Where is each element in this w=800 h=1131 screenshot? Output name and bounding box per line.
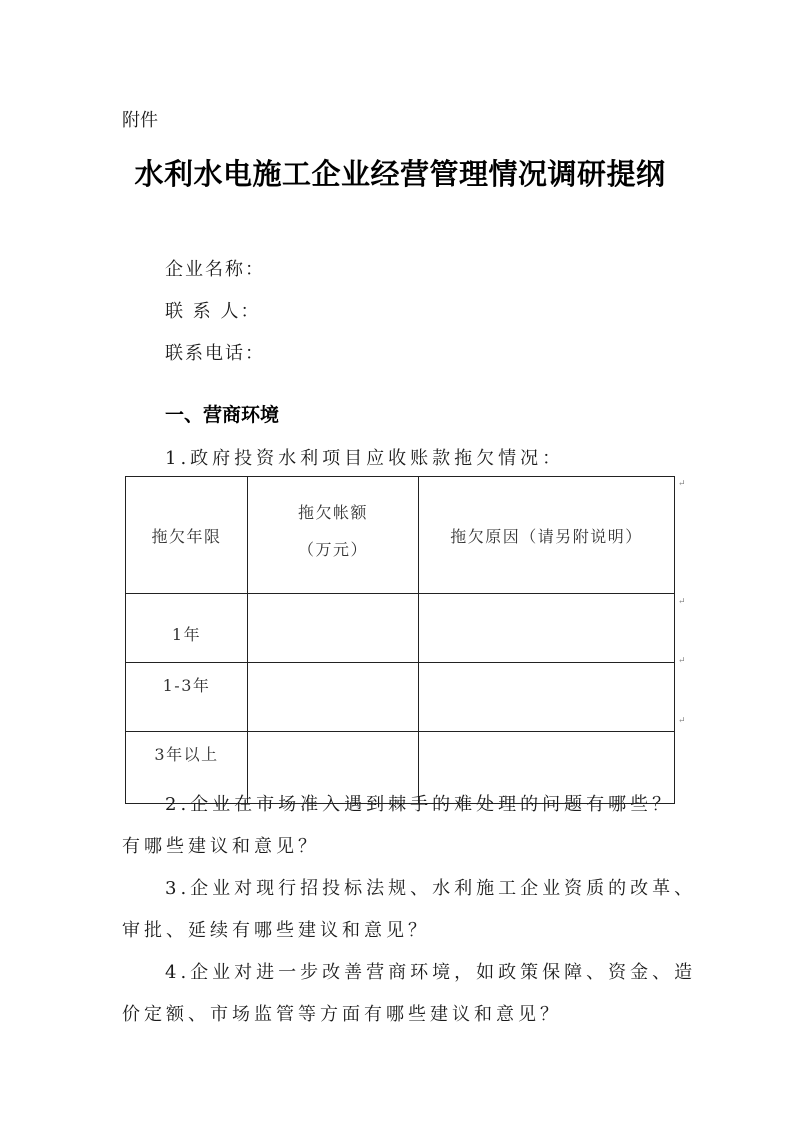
question-3-line1: 3.企业对现行招投标法规、水利施工企业资质的改革、 (165, 874, 696, 900)
header-period: 拖欠年限 (126, 477, 248, 594)
row-end-mark-icon: ↵ (678, 597, 686, 607)
cell-period: 1年 (126, 594, 248, 663)
question-1: 1.政府投资水利项目应收账款拖欠情况： (165, 444, 564, 470)
row-end-mark-icon: ↵ (678, 716, 686, 726)
question-4-line2: 价定额、市场监管等方面有哪些建议和意见？ (122, 1000, 562, 1026)
section-heading-business-environment: 一、营商环境 (165, 400, 279, 427)
header-amount: 拖欠帐额 （万元） (248, 477, 419, 594)
field-company-name: 企业名称： (165, 255, 265, 281)
header-reason: 拖欠原因（请另附说明） (419, 477, 675, 594)
question-2-line1: 2.企业在市场准入遇到棘手的难处理的问题有哪些？ (165, 790, 674, 816)
debt-table: 拖欠年限 拖欠帐额 （万元） 拖欠原因（请另附说明） 1年 1-3年 3年以上 (125, 476, 675, 804)
header-amount-label: 拖欠帐额 (248, 500, 418, 523)
cell-reason[interactable] (419, 663, 675, 732)
table-row: 1-3年 (126, 663, 675, 732)
cell-amount[interactable] (248, 663, 419, 732)
row-end-mark-icon: ↵ (678, 656, 686, 666)
row-end-mark-icon: ↵ (678, 479, 686, 489)
table-row: 1年 (126, 594, 675, 663)
header-amount-unit: （万元） (248, 537, 418, 560)
question-4-line1: 4.企业对进一步改善营商环境，如政策保障、资金、造 (165, 958, 696, 984)
question-2-line2: 有哪些建议和意见？ (122, 832, 320, 858)
cell-period: 1-3年 (126, 663, 248, 732)
question-3-line2: 审批、延续有哪些建议和意见？ (122, 916, 430, 942)
cell-reason[interactable] (419, 594, 675, 663)
attachment-label: 附件 (122, 106, 158, 132)
field-contact-phone: 联系电话： (165, 339, 265, 365)
cell-amount[interactable] (248, 594, 419, 663)
field-contact-person: 联 系 人： (165, 297, 260, 323)
debt-table-header-row: 拖欠年限 拖欠帐额 （万元） 拖欠原因（请另附说明） (126, 477, 675, 594)
document-title: 水利水电施工企业经营管理情况调研提纲 (0, 152, 800, 193)
